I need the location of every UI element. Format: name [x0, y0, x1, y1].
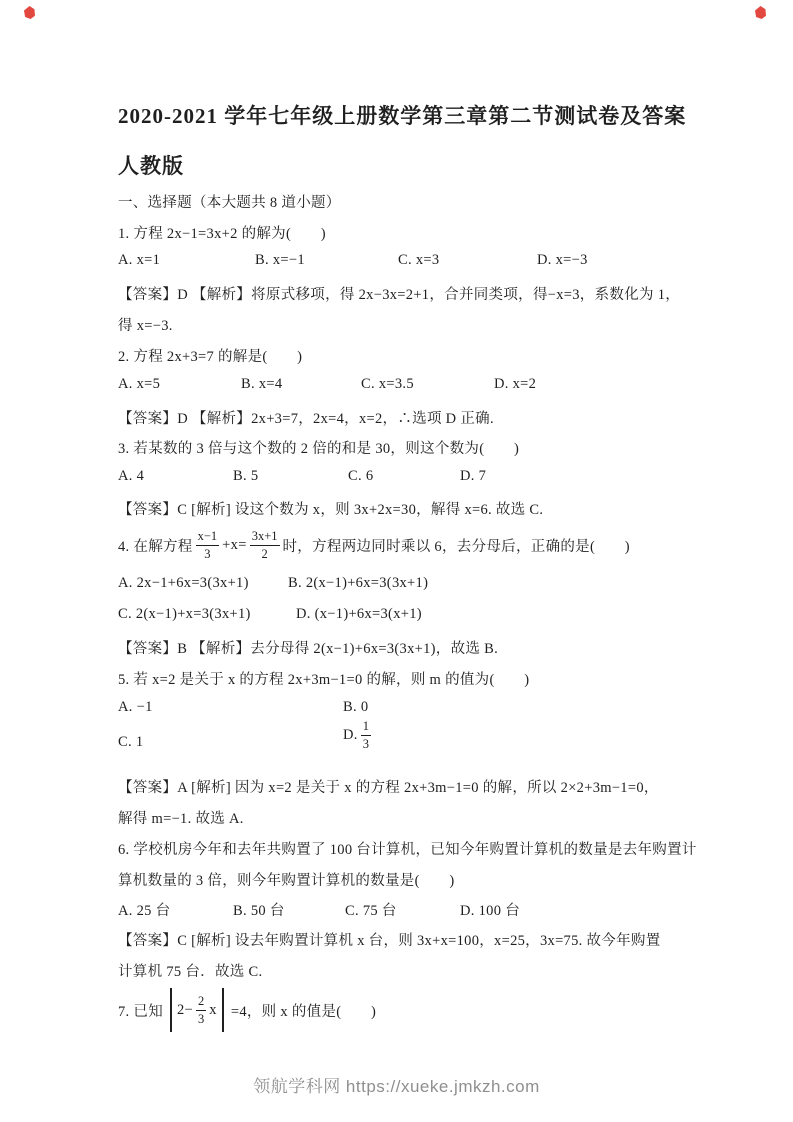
fraction-numerator: x−1: [196, 528, 220, 546]
q4-stem-mid: +x=: [222, 537, 247, 554]
q4-stem-post: 时，方程两边同时乘以 6，去分母后，正确的是( ): [283, 535, 630, 556]
q4-options-row2: C. 2(x−1)+x=3(3x+1) D. (x−1)+6x=3(x+1): [118, 606, 728, 626]
q5-option-b: B. 0: [343, 699, 368, 716]
q3-stem: 3. 若某数的 3 倍与这个数的 2 倍的和是 30，则这个数为( ): [118, 437, 519, 458]
fraction-denominator: 3: [361, 736, 371, 753]
q2-option-a: A. x=5: [118, 376, 160, 393]
q5-stem: 5. 若 x=2 是关于 x 的方程 2x+3m−1=0 的解，则 m 的值为(…: [118, 668, 529, 689]
q6-option-b: B. 50 台: [233, 899, 285, 920]
q2-stem: 2. 方程 2x+3=7 的解是( ): [118, 345, 302, 366]
q5-option-d-label: D.: [343, 727, 358, 744]
q6-stem-line1: 6. 学校机房今年和去年共购置了 100 台计算机，已知今年购置计算机的数量是去…: [118, 838, 697, 859]
q3-options: A. 4 B. 5 C. 6 D. 7: [118, 468, 728, 488]
q7-stem-post: =4，则 x 的值是( ): [231, 1000, 376, 1021]
fraction-denominator: 2: [259, 546, 269, 563]
q4-options-row1: A. 2x−1+6x=3(3x+1) B. 2(x−1)+6x=3(3x+1): [118, 575, 728, 595]
q6-answer-line1: 【答案】C [解析] 设去年购置计算机 x 台，则 3x+x=100，x=25，…: [118, 929, 661, 950]
q1-answer-line1: 【答案】D 【解析】将原式移项，得 2x−3x=2+1，合并同类项，得−x=3，…: [118, 283, 680, 304]
q2-option-b: B. x=4: [241, 376, 282, 393]
q3-option-a: A. 4: [118, 468, 144, 485]
q5-options-row1: A. −1 B. 0: [118, 699, 728, 719]
q6-option-c: C. 75 台: [345, 899, 397, 920]
q5-option-c: C. 1: [118, 734, 143, 751]
q4-option-d: D. (x−1)+6x=3(x+1): [296, 606, 422, 623]
watermark-footer: 领航学科网 https://xueke.jmkzh.com: [0, 1072, 793, 1097]
q5-option-a: A. −1: [118, 699, 153, 716]
q4-fraction-2: 3x+1 2: [250, 528, 280, 563]
q4-answer-line1: 【答案】B 【解析】去分母得 2(x−1)+6x=3(3x+1)，故选 B.: [118, 637, 498, 658]
q3-option-d: D. 7: [460, 468, 486, 485]
fraction-numerator: 3x+1: [250, 528, 280, 546]
q2-option-d: D. x=2: [494, 376, 536, 393]
q5-answer-line1: 【答案】A [解析] 因为 x=2 是关于 x 的方程 2x+3m−1=0 的解…: [118, 776, 659, 797]
q6-option-a: A. 25 台: [118, 899, 170, 920]
q2-options: A. x=5 B. x=4 C. x=3.5 D. x=2: [118, 376, 728, 396]
q6-option-d: D. 100 台: [460, 899, 520, 920]
q4-stem: 4. 在解方程 x−1 3 +x= 3x+1 2 时，方程两边同时乘以 6，去分…: [118, 522, 630, 568]
q3-option-c: C. 6: [348, 468, 373, 485]
q1-options: A. x=1 B. x=−1 C. x=3 D. x=−3: [118, 252, 728, 272]
absolute-value-bar: [170, 988, 172, 1032]
q1-option-c: C. x=3: [398, 252, 439, 269]
q4-option-a: A. 2x−1+6x=3(3x+1): [118, 575, 249, 592]
q1-option-b: B. x=−1: [255, 252, 305, 269]
red-stamp-icon: [24, 6, 35, 19]
q3-option-b: B. 5: [233, 468, 258, 485]
page-title-line1: 2020-2021 学年七年级上册数学第三章第二节测试卷及答案: [118, 100, 686, 130]
fraction-numerator: 2: [196, 993, 206, 1011]
q1-answer-line2: 得 x=−3.: [118, 314, 173, 335]
q4-option-b: B. 2(x−1)+6x=3(3x+1): [288, 575, 428, 592]
page-title-line2: 人教版: [118, 150, 184, 180]
red-stamp-icon: [755, 6, 766, 19]
q7-abs-post: x: [209, 1002, 217, 1019]
q6-answer-line2: 计算机 75 台．故选 C.: [118, 960, 262, 981]
q5-option-d: D. 1 3: [343, 718, 374, 753]
q7-stem-pre: 7. 已知: [118, 1000, 163, 1021]
absolute-value-bar: [222, 988, 224, 1032]
q5-options-row2: C. 1 D. 1 3: [118, 718, 728, 768]
q1-option-d: D. x=−3: [537, 252, 588, 269]
q4-option-c: C. 2(x−1)+x=3(3x+1): [118, 606, 251, 623]
q4-fraction-1: x−1 3: [196, 528, 220, 563]
q7-absolute-value-expression: 2− 2 3 x: [165, 988, 229, 1032]
q6-stem-line2: 算机数量的 3 倍，则今年购置计算机的数量是( ): [118, 869, 454, 890]
q6-options: A. 25 台 B. 50 台 C. 75 台 D. 100 台: [118, 899, 728, 919]
section-heading: 一、选择题（本大题共 8 道小题）: [118, 191, 341, 212]
q2-answer-line1: 【答案】D 【解析】2x+3=7，2x=4，x=2，∴选项 D 正确.: [118, 407, 494, 428]
q7-stem: 7. 已知 2− 2 3 x =4，则 x 的值是( ): [118, 984, 376, 1036]
test-paper-page: 2020-2021 学年七年级上册数学第三章第二节测试卷及答案 人教版 一、选择…: [0, 0, 793, 1122]
q1-stem: 1. 方程 2x−1=3x+2 的解为( ): [118, 222, 326, 243]
q4-stem-pre: 4. 在解方程: [118, 535, 193, 556]
q7-fraction: 2 3: [196, 993, 206, 1028]
q1-option-a: A. x=1: [118, 252, 160, 269]
q5-option-d-fraction: 1 3: [361, 718, 371, 753]
fraction-denominator: 3: [196, 1011, 206, 1028]
q5-answer-line2: 解得 m=−1. 故选 A.: [118, 807, 244, 828]
fraction-numerator: 1: [361, 718, 371, 736]
fraction-denominator: 3: [202, 546, 212, 563]
q2-option-c: C. x=3.5: [361, 376, 414, 393]
q3-answer-line1: 【答案】C [解析] 设这个数为 x，则 3x+2x=30，解得 x=6. 故选…: [118, 498, 543, 519]
q7-abs-pre: 2−: [177, 1002, 193, 1019]
